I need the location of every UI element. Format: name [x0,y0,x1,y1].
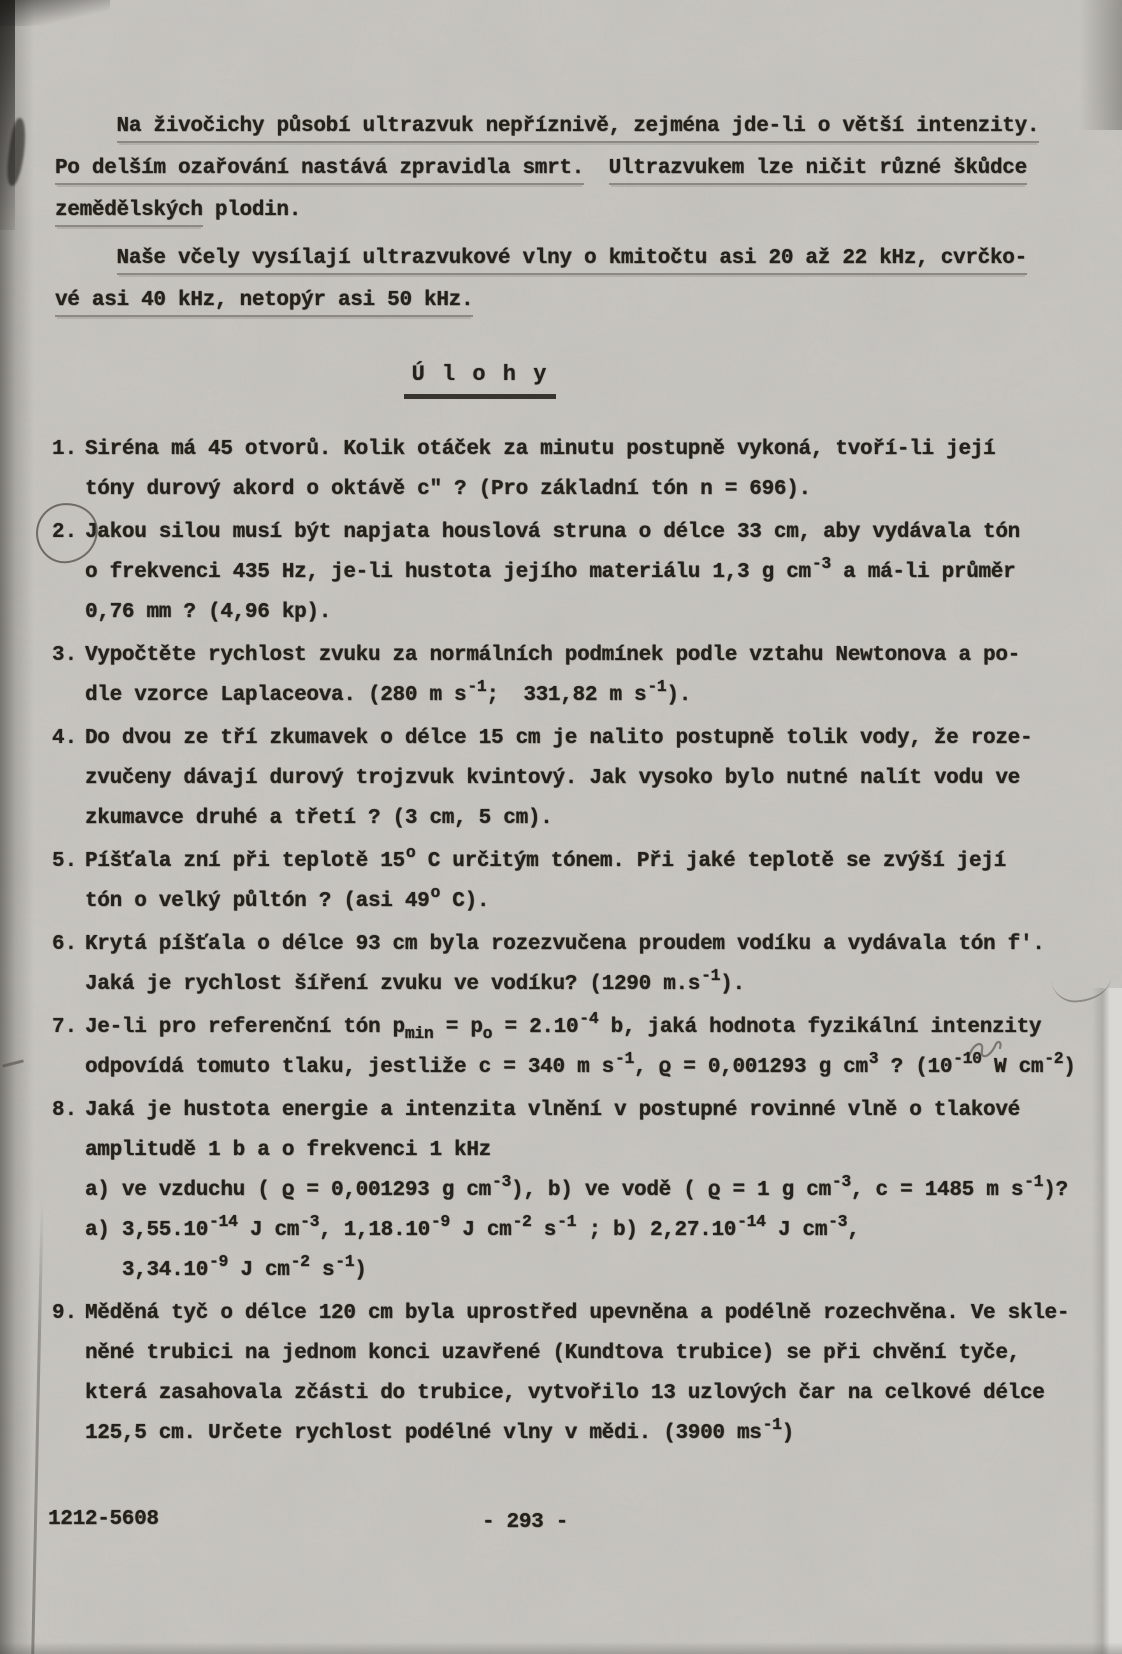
problem-7: 7. Je-li pro referenční tón pmin = po = … [52,1008,1112,1088]
intro-line: Naše včely vysílají ultrazvukové vlny o … [55,238,1027,280]
problem-number: 5. [52,842,85,922]
problem-line: Jakou silou musí být napjata houslová st… [85,513,1112,553]
problem-2: 2. Jakou silou musí být napjata houslová… [52,513,1112,633]
superscript: -1 [701,966,720,985]
problem-line: Siréna má 45 otvorů. Kolik otáček za min… [85,430,1112,470]
problem-line: dle vzorce Laplaceova. (280 m s-1; 331,8… [85,676,1112,716]
problem-line: Vypočtěte rychlost zvuku za normálních p… [85,636,1112,676]
intro-paragraph-2: Naše včely vysílají ultrazvukové vlny o … [55,238,1027,322]
problem-line: odpovídá tomuto tlaku, jestliže c = 340 … [85,1048,1112,1088]
problem-line: Do dvou ze tří zkumavek o délce 15 cm je… [85,719,1112,759]
pencil-underline: Ultrazvukem lze ničit různé škůdce [609,157,1027,185]
problem-line: a) ve vzduchu ( ϱ = 0,001293 g cm-3), b)… [85,1171,1112,1211]
problem-line: Píšťala zní při teplotě 15o C určitým tó… [85,842,1112,882]
problem-5: 5. Píšťala zní při teplotě 15o C určitým… [52,842,1112,922]
problem-line: Měděná tyč o délce 120 cm byla uprostřed… [85,1294,1112,1334]
problem-number: 3. [52,636,85,716]
problem-line: o frekvenci 435 Hz, je-li hustota jejího… [85,553,1112,593]
problem-8: 8. Jaká je hustota energie a intenzita v… [52,1091,1112,1291]
scanned-page: Na živočichy působí ultrazvuk nepříznivě… [0,0,1122,1654]
superscript: -9 [431,1212,450,1231]
superscript: -1 [763,1415,782,1434]
problem-list: 1. Siréna má 45 otvorů. Kolik otáček za … [52,430,1112,1457]
problem-line: Jaká je rychlost šíření zvuku ve vodíku?… [85,965,1112,1005]
superscript: o [430,883,440,902]
superscript: -1 [335,1252,354,1271]
superscript: -4 [579,1009,598,1028]
pencil-underline: vé asi 40 kHz, netopýr asi 50 kHz. [55,289,473,317]
problem-line: 125,5 cm. Určete rychlost podélné vlny v… [85,1414,1112,1454]
problem-1: 1. Siréna má 45 otvorů. Kolik otáček za … [52,430,1112,510]
superscript: -1 [467,677,486,696]
problem-line: Krytá píšťala o délce 93 cm byla rozezvu… [85,925,1112,965]
intro-line: Po delším ozařování nastává zpravidla sm… [55,148,1039,190]
problem-line: tóny durový akord o oktávě c" ? (Pro zák… [85,470,1112,510]
intro-line: vé asi 40 kHz, netopýr asi 50 kHz. [55,280,1027,322]
problem-line: Jaká je hustota energie a intenzita vlně… [85,1091,1112,1131]
problem-number: 4. [52,719,85,839]
pencil-underline: Naše včely vysílají ultrazvukové vlny o … [117,247,1027,275]
problem-line: tón o velký půltón ? (asi 49o C). [85,882,1112,922]
superscript: -3 [828,1212,847,1231]
intro-line: Na živočichy působí ultrazvuk nepříznivě… [55,106,1039,148]
superscript: -1 [557,1212,576,1231]
superscript: -1 [615,1049,634,1068]
pencil-underline: Po delším ozařování nastává zpravidla sm… [55,157,584,185]
page-number: - 293 - [0,1503,1050,1543]
intro-line: zemědělských plodin. [55,190,1039,232]
superscript: o [406,843,416,862]
problem-line: která zasahovala zčásti do trubice, vytv… [85,1374,1112,1414]
superscript: -2 [512,1212,531,1231]
superscript: -10 [953,1049,982,1068]
problem-number: 8. [52,1091,85,1291]
problem-6: 6. Krytá píšťala o délce 93 cm byla roze… [52,925,1112,1005]
superscript: -14 [737,1212,766,1231]
problem-line: něné trubici na jednom konci uzavřené (K… [85,1334,1112,1374]
problem-number: 1. [52,430,85,510]
superscript: -2 [291,1252,310,1271]
problem-4: 4. Do dvou ze tří zkumavek o délce 15 cm… [52,719,1112,839]
problem-line: amplitudě 1 b a o frekvenci 1 kHz [85,1131,1112,1171]
problem-number-circled: 2. [52,513,85,633]
problem-line: a) 3,55.10-14 J cm-3, 1,18.10-9 J cm-2 s… [85,1211,1112,1251]
section-heading: Ú l o h y [404,362,557,399]
superscript: -1 [647,677,666,696]
problem-line: 3,34.10-9 J cm-2 s-1) [85,1251,1112,1291]
superscript: -3 [492,1172,511,1191]
superscript: -3 [812,554,831,573]
pencil-underline: zemědělských [55,199,203,227]
problem-number: 6. [52,925,85,1005]
subscript: o [483,1024,493,1043]
intro-paragraph-1: Na živočichy působí ultrazvuk nepříznivě… [55,106,1039,232]
problem-9: 9. Měděná tyč o délce 120 cm byla uprost… [52,1294,1112,1454]
superscript: -1 [1024,1172,1043,1191]
subscript: min [405,1024,434,1043]
superscript: -9 [209,1252,228,1271]
problem-number: 9. [52,1294,85,1454]
pencil-underline: Na živočichy působí ultrazvuk nepříznivě… [117,115,1040,143]
problem-3: 3. Vypočtěte rychlost zvuku za normálníc… [52,636,1112,716]
section-heading-wrap: Ú l o h y [0,362,960,399]
superscript: -14 [209,1212,238,1231]
superscript: -2 [1044,1049,1063,1068]
problem-line: zvučeny dávají durový trojzvuk kvintový.… [85,759,1112,799]
problem-line: zkumavce druhé a třetí ? (3 cm, 5 cm). [85,799,1112,839]
superscript: -3 [832,1172,851,1191]
problem-number: 7. [52,1008,85,1088]
problem-line: 0,76 mm ? (4,96 kp). [85,593,1112,633]
superscript: -3 [300,1212,319,1231]
superscript: 3 [869,1049,879,1068]
problem-line: Je-li pro referenční tón pmin = po = 2.1… [85,1008,1112,1048]
